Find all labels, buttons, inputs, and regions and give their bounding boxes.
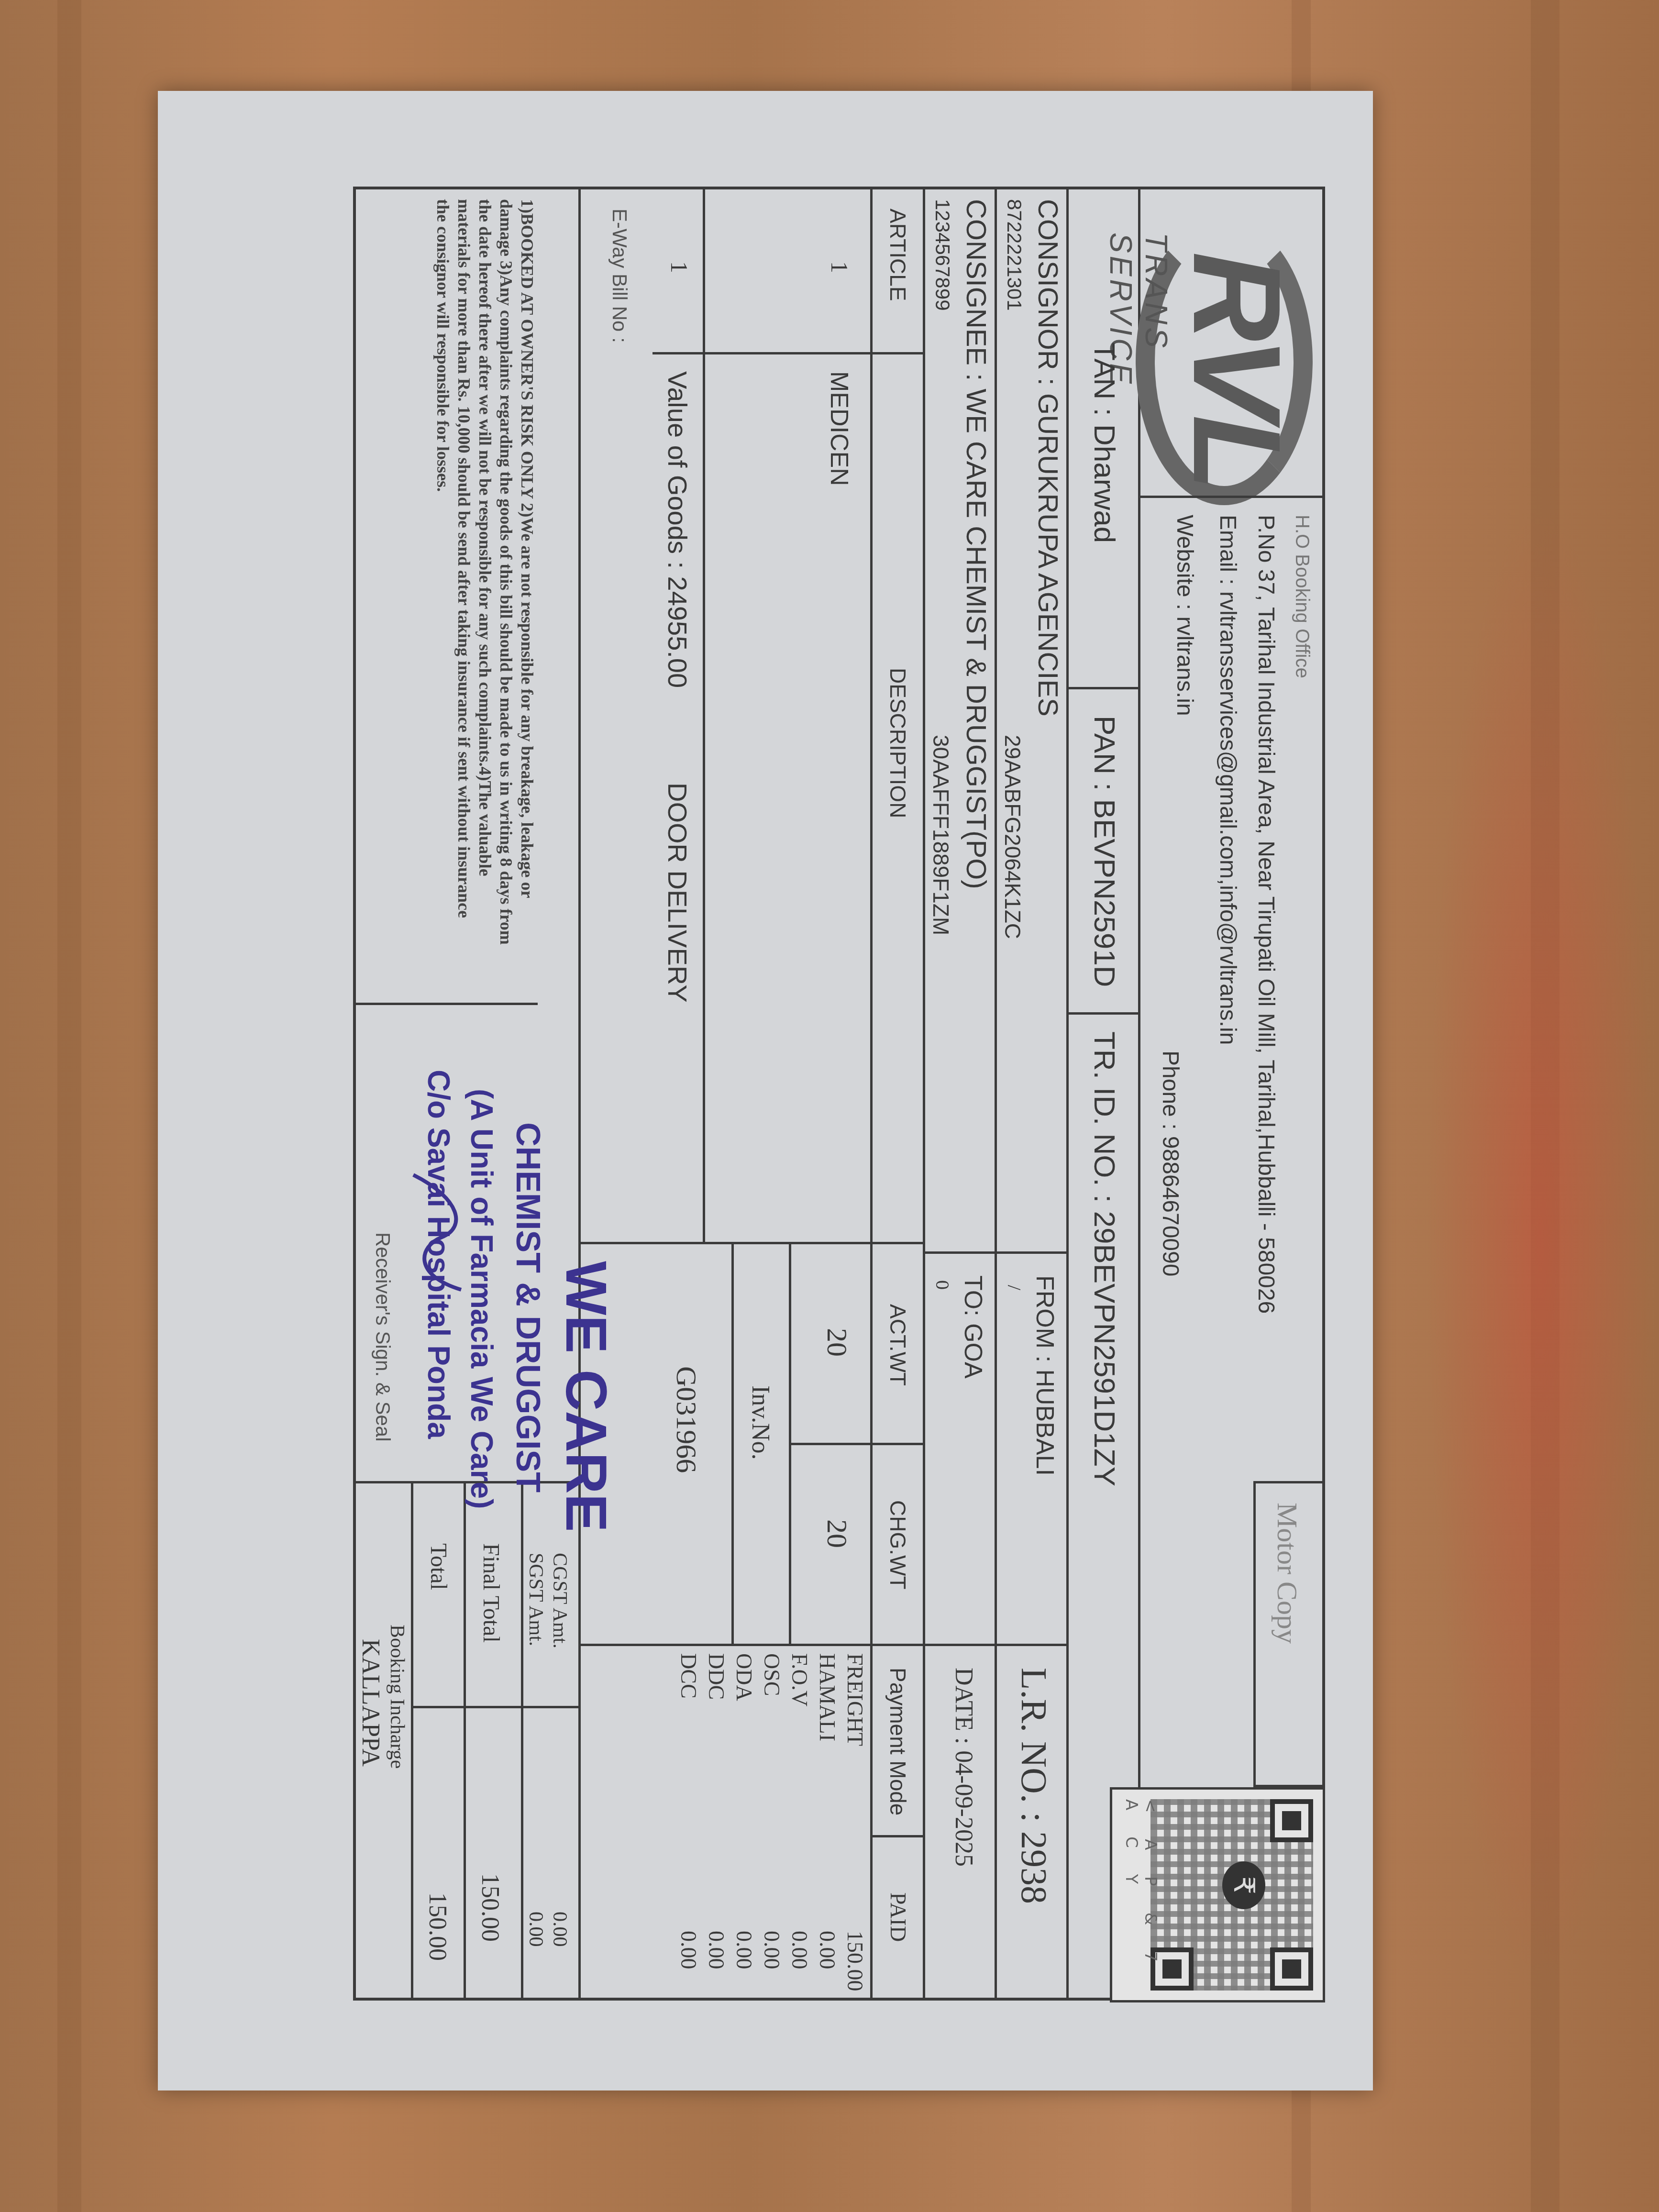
consignor-gstin: 29AABFG2064K1ZC — [1000, 735, 1026, 939]
from-location: FROM : HUBBALI — [1030, 1275, 1059, 1476]
pan-number: PAN : BEVPN2591D — [1087, 716, 1121, 987]
eway-bill-label: E-Way Bill No : — [608, 209, 631, 343]
invoice-label-cell: Inv.No. — [734, 1242, 791, 1644]
registration-row: TAN : Dharwad PAN : BEVPN2591D TR. ID. N… — [1066, 189, 1140, 1998]
rvl-logo: RVL TRANS SERVICE — [1140, 199, 1317, 486]
company-address: P.No 37, Tarihal Industrial Area, Near T… — [1253, 515, 1279, 1314]
charge-value: 0.00 — [676, 1931, 701, 1969]
charge-value: 0.00 — [731, 1931, 757, 1969]
charge-label: DCC — [676, 1653, 701, 1699]
company-email: Email : rvltransservices@gmail.com,info@… — [1215, 515, 1241, 1045]
company-website: Website : rvltrans.in — [1172, 515, 1198, 716]
booking-incharge-label: Booking Incharge — [386, 1625, 409, 1769]
charge-value: 150.00 — [842, 1931, 868, 1991]
invoice-value-cell: G031966 — [638, 1242, 734, 1644]
payment-qr-code[interactable]: ₹ < A P & 7 A C Y — [1110, 1787, 1325, 2002]
payment-mode-value: PAID — [885, 1892, 911, 1942]
receiver-sign-label: Receiver's Sign. & Seal — [371, 1232, 394, 1442]
consignee-row: CONSIGNEE : WE CARE CHEMIST & DRUGGIST(P… — [923, 189, 997, 1998]
header-row: RVL TRANS SERVICE H.O Booking Office P.N… — [1138, 189, 1322, 1998]
description-header: DESCRIPTION — [885, 668, 911, 818]
table-stain — [1426, 502, 1655, 1985]
actual-weight-header: ACT.WT — [885, 1304, 911, 1386]
invoice-label: Inv.No. — [746, 1385, 774, 1460]
to-location: TO: GOA — [959, 1275, 987, 1379]
consignee-name: CONSIGNEE : WE CARE CHEMIST & DRUGGIST(P… — [960, 199, 992, 889]
charge-label: ODA — [731, 1653, 757, 1701]
invoice-number: G031966 — [670, 1366, 703, 1473]
lr-number: L.R. NO. : 2938 — [1013, 1668, 1054, 1904]
value-of-goods: Value of Goods : 24955.00 — [662, 371, 693, 688]
charge-label: FREIGHT — [842, 1653, 868, 1746]
stamp-we-care: WE CARE — [553, 1261, 619, 1532]
terms-and-conditions: 1)BOOKED AT OWNER'S RISK ONLY 2)We are n… — [432, 199, 538, 945]
value-row: 1 Value of Goods : 24955.00 DOOR DELIVER… — [581, 189, 705, 1242]
company-phone: Phone : 98864670090 — [1157, 1051, 1183, 1276]
signature-scribble — [404, 1170, 471, 1294]
goods-body: 1 MEDICEN 20 20 Inv.No. G031966 FREIGHT1… — [578, 189, 873, 1998]
actual-weight: 20 — [820, 1328, 853, 1357]
charges-list: FREIGHT150.00HAMALI0.00F.O.V0.00OSC0.00O… — [600, 1648, 868, 1993]
qr-finder-icon — [1270, 1947, 1313, 1991]
office-label: H.O Booking Office — [1291, 515, 1313, 678]
charge-label: OSC — [759, 1653, 785, 1696]
article-header: ARTICLE — [885, 209, 911, 301]
consignor-name: CONSIGNOR : GURUKRUPA AGENCIES — [1032, 199, 1064, 717]
charged-weight: 20 — [820, 1519, 853, 1548]
consignor-phone: 8722221301 — [1003, 199, 1026, 311]
rupee-icon: ₹ — [1222, 1861, 1265, 1909]
charge-label: DDC — [704, 1653, 729, 1700]
article-count: 1 — [826, 261, 853, 273]
goods-header-row: ARTICLE DESCRIPTION ACT.WT CHG.WT Paymen… — [870, 189, 925, 1998]
charged-weight-header: CHG.WT — [885, 1500, 911, 1590]
copy-type: Motor Copy — [1271, 1503, 1304, 1644]
from-extra: / — [1003, 1285, 1026, 1290]
booking-incharge-name: KALLAPPA — [356, 1639, 385, 1767]
delivery-type: DOOR DELIVERY — [662, 783, 693, 1003]
charge-label: HAMALI — [815, 1653, 840, 1741]
lorry-receipt-paper: RVL TRANS SERVICE H.O Booking Office P.N… — [158, 91, 1373, 2090]
logo-text: RVL — [1165, 252, 1308, 486]
tan-number: TAN : Dharwad — [1087, 343, 1121, 543]
stamp-unit-of: (A Unit of Farmacia We Care) — [464, 1089, 499, 1509]
payment-mode-header: Payment Mode — [885, 1668, 911, 1815]
qr-finder-icon — [1270, 1799, 1313, 1842]
tr-id-number: TR. ID. NO. : 29BEVPN2591D1ZY — [1087, 1031, 1121, 1486]
consignee-gstin: 30AAFFF1889F1ZM — [928, 735, 954, 935]
stamp-chemist-druggist: CHEMIST & DRUGGIST — [509, 1122, 547, 1493]
consignor-row: CONSIGNOR : GURUKRUPA AGENCIES 872222130… — [995, 189, 1069, 1998]
receipt-date: DATE : 04-09-2025 — [950, 1668, 978, 1867]
charge-value: 0.00 — [759, 1931, 785, 1969]
to-extra: 0 — [931, 1280, 954, 1290]
charge-value: 0.00 — [815, 1931, 840, 1969]
total-articles: 1 — [665, 261, 693, 273]
consignee-phone: 1234567899 — [931, 199, 954, 311]
charge-value: 0.00 — [704, 1931, 729, 1969]
copy-type-box: Motor Copy — [1253, 1481, 1325, 1787]
charge-value: 0.00 — [787, 1931, 812, 1969]
goods-description: MEDICEN — [825, 371, 853, 486]
charge-label: F.O.V — [787, 1653, 812, 1706]
lorry-receipt: RVL TRANS SERVICE H.O Booking Office P.N… — [353, 187, 1325, 2001]
